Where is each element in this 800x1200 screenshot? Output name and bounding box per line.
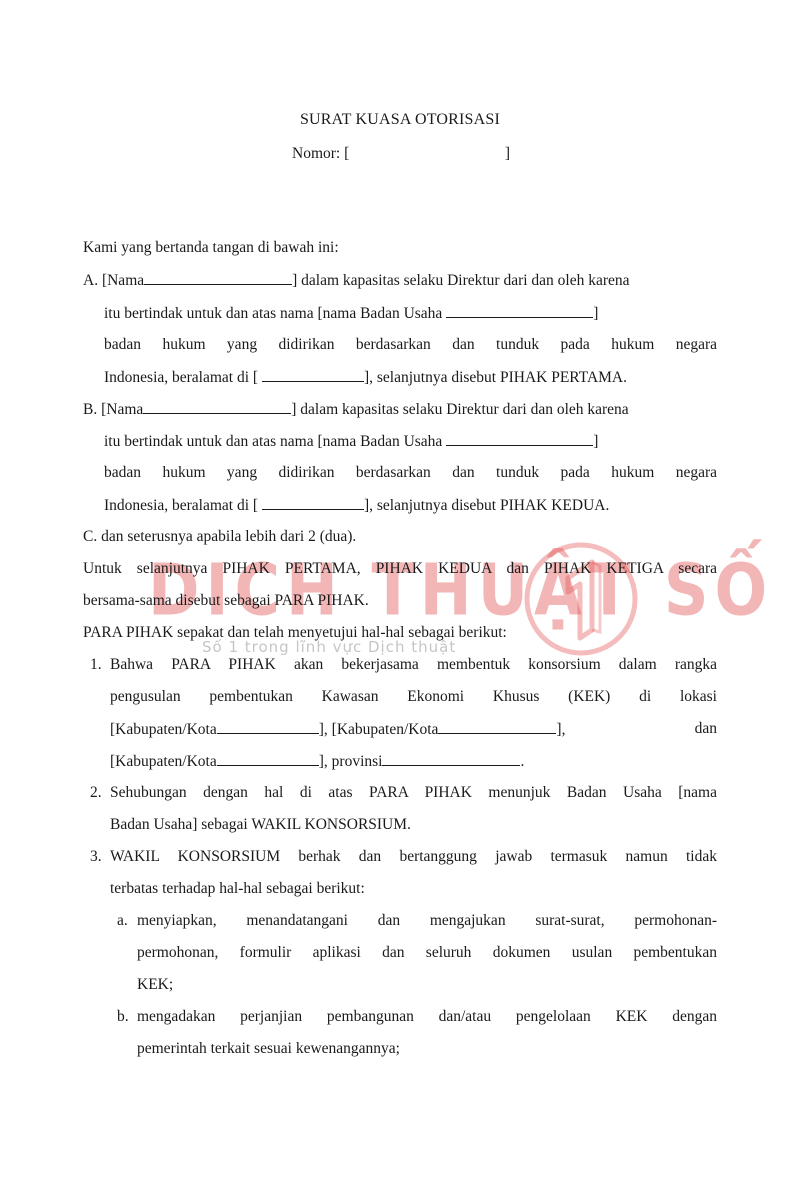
item-3b-line-2: pemerintah terkait sesuai kewenangannya;: [137, 1039, 400, 1059]
party-b-line-2: itu bertindak untuk dan atas nama [nama …: [104, 431, 598, 452]
party-b-address-blank[interactable]: [262, 495, 364, 510]
province-blank[interactable]: [382, 751, 520, 766]
agreement-intro: PARA PIHAK sepakat dan telah menyetujui …: [83, 623, 507, 643]
regency-2-blank[interactable]: [438, 719, 556, 734]
item-3-line-1: WAKIL KONSORSIUM berhak dan bertanggung …: [110, 847, 717, 867]
party-a-line-1: A. [Nama] dalam kapasitas selaku Direktu…: [83, 270, 717, 291]
item-3a-line-1: menyiapkan, menandatangani dan mengajuka…: [137, 911, 717, 931]
party-b-line-4: Indonesia, beralamat di [ ], selanjutnya…: [104, 495, 609, 516]
document-title: SURAT KUASA OTORISASI: [0, 110, 800, 130]
item-1-line-1: Bahwa PARA PIHAK akan bekerjasama memben…: [110, 655, 717, 675]
party-a-company-blank[interactable]: [446, 303, 593, 318]
party-c-line: C. dan seterusnya apabila lebih dari 2 (…: [83, 527, 356, 547]
party-b-name-blank[interactable]: [143, 399, 291, 414]
party-a-line-3: badan hukum yang didirikan berdasarkan d…: [104, 335, 717, 355]
item-1-line-3: [Kabupaten/Kota], [Kabupaten/Kota], dan: [110, 719, 717, 740]
regency-3-blank[interactable]: [217, 751, 319, 766]
item-3a-line-3: KEK;: [137, 975, 173, 995]
party-b-line-1: B. [Nama] dalam kapasitas selaku Direktu…: [83, 399, 629, 420]
regency-1-blank[interactable]: [217, 719, 319, 734]
item-3a-label: a.: [117, 911, 128, 931]
party-a-line-4: Indonesia, beralamat di [ ], selanjutnya…: [104, 367, 627, 388]
item-3-number: 3.: [90, 847, 102, 867]
document-number: Nomor: [ ]: [292, 144, 510, 164]
item-1-line-4: [Kabupaten/Kota], provinsi.: [110, 751, 524, 772]
item-3-line-2: terbatas terhadap hal-hal sebagai beriku…: [110, 879, 365, 899]
item-1-number: 1.: [90, 655, 102, 675]
number-label: Nomor: [: [292, 145, 349, 162]
item-1-line-2: pengusulan pembentukan Kawasan Ekonomi K…: [110, 687, 717, 707]
document-page: DICH THUẬT SỐ Số 1 trong lĩnh vực Dịch t…: [0, 0, 800, 1200]
party-a-name-open: [Nama: [102, 272, 144, 289]
item-3b-label: b.: [117, 1007, 129, 1027]
party-b-company-blank[interactable]: [446, 431, 593, 446]
party-a-name-blank[interactable]: [144, 270, 292, 285]
intro-text: Kami yang bertanda tangan di bawah ini:: [83, 238, 339, 258]
collective-line-2: bersama-sama disebut sebagai PARA PIHAK.: [83, 591, 369, 611]
number-close: ]: [505, 144, 510, 164]
item-3a-line-2: permohonan, formulir aplikasi dan seluru…: [137, 943, 717, 963]
party-b-line-3: badan hukum yang didirikan berdasarkan d…: [104, 463, 717, 483]
party-a-address-blank[interactable]: [262, 367, 364, 382]
document-body: SURAT KUASA OTORISASI Nomor: [ ] Kami ya…: [0, 0, 800, 1200]
party-a-line-1-rest: ] dalam kapasitas selaku Direktur dari d…: [292, 272, 629, 289]
item-2-line-2: Badan Usaha] sebagai WAKIL KONSORSIUM.: [110, 815, 411, 835]
item-3b-line-1: mengadakan perjanjian pembangunan dan/at…: [137, 1007, 717, 1027]
party-a-line-2: itu bertindak untuk dan atas nama [nama …: [104, 303, 598, 324]
party-b-label: B.: [83, 401, 97, 418]
collective-line-1: Untuk selanjutnya PIHAK PERTAMA, PIHAK K…: [83, 559, 717, 579]
item-2-line-1: Sehubungan dengan hal di atas PARA PIHAK…: [110, 783, 717, 803]
party-a-label: A.: [83, 272, 98, 289]
item-2-number: 2.: [90, 783, 102, 803]
